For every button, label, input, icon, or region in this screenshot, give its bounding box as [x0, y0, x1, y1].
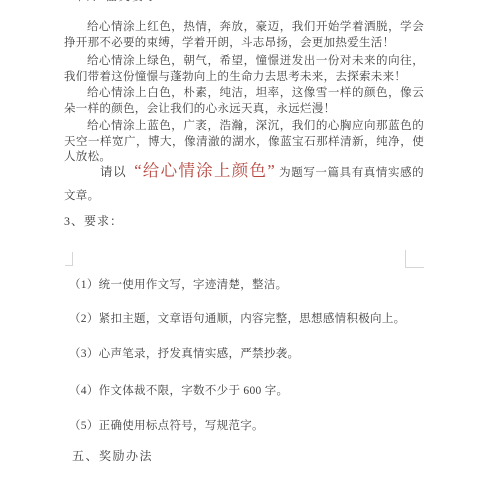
document-page: 四、征文要求 给心情涂上红色，热情，奔放，豪迈，我们开始学着洒脱，学会挣开那不必…	[0, 0, 480, 480]
essay-paragraph-white: 给心情涂上白色，朴素，纯洁，坦率，这像雪一样的颜色，像云朵一样的颜色，会让我们的…	[64, 86, 424, 117]
essay-paragraph-green: 给心情涂上绿色，朝气，希望，憧憬迸发出一份对未来的向往，我们带着这份憧憬与蓬勃向…	[64, 54, 424, 85]
requirement-item-1: （1）统一使用作文写，字迹清楚，整洁。	[64, 277, 429, 293]
page-boundary-mark-right	[405, 250, 424, 268]
prompt-prefix: 请以	[100, 165, 126, 179]
requirement-item-5: （5）正确使用标点符号，写规范字。	[64, 418, 429, 434]
requirements-section-label: 3、要求：	[64, 213, 424, 229]
essay-prompt-line: 请以“给心情涂上颜色” 为题写一篇具有真情实感的文章。	[64, 159, 424, 208]
requirement-item-2: （2）紧扣主题，文章语句通顺，内容完整，思想感情积极向上。	[64, 311, 429, 327]
requirement-item-3: （3）心声笔录，抒发真情实感，严禁抄袭。	[64, 346, 429, 362]
clipped-heading-line: 四、征文要求	[78, 0, 159, 4]
footer-section-heading: 五、奖励办法	[64, 448, 432, 464]
page-boundary-mark-left	[65, 252, 73, 266]
requirement-item-4: （4）作文体裁不限，字数不少于 600 字。	[64, 383, 429, 399]
essay-title-quoted: “给心情涂上颜色”	[134, 161, 276, 180]
essay-paragraph-red: 给心情涂上红色，热情，奔放，豪迈，我们开始学着洒脱，学会挣开那不必要的束缚，学着…	[64, 20, 424, 51]
